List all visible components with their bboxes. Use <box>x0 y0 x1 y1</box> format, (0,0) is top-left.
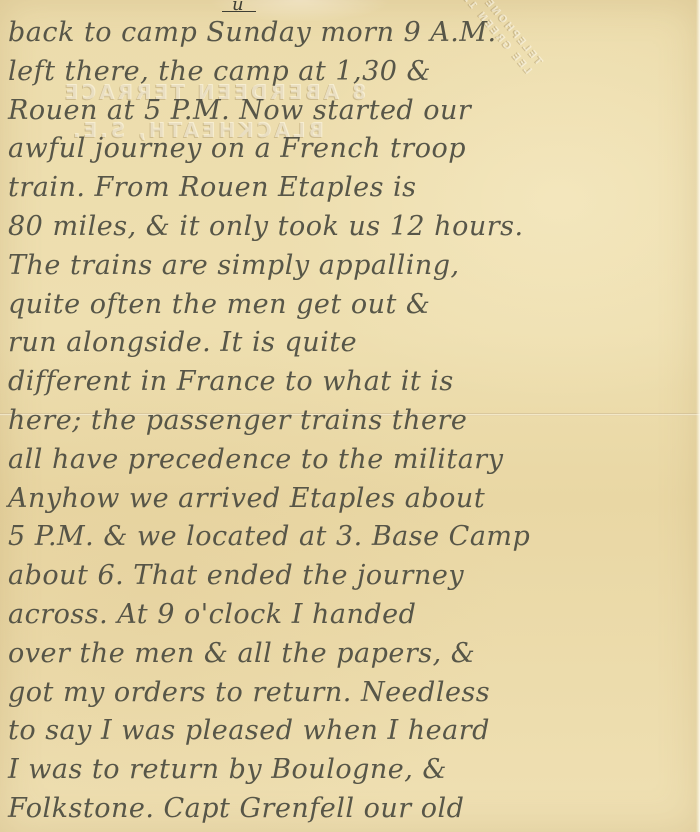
text-line: The trains are simply appalling, <box>8 247 698 286</box>
text-line: different in France to what it is <box>8 363 698 402</box>
text-line: Rouen at 5 P.M. Now started our <box>8 92 698 131</box>
text-line: about 6. That ended the journey <box>8 557 698 596</box>
text-line: I was to return by Boulogne, & <box>8 751 698 790</box>
text-line: train. From Rouen Etaples is <box>8 169 698 208</box>
text-line: left there, the camp at 1,30 & <box>8 53 698 92</box>
text-line: here; the passenger trains there <box>8 402 698 441</box>
text-line: all have precedence to the military <box>8 441 698 480</box>
text-line: Folkstone. Capt Grenfell our old <box>8 790 698 829</box>
text-line: to say I was pleased when I heard <box>8 712 698 751</box>
text-line: quite often the men get out & <box>8 286 698 325</box>
insertion-mark: u <box>232 0 244 15</box>
text-line: awful journey on a French troop <box>8 130 698 169</box>
text-line: got my orders to return. Needless <box>8 674 698 713</box>
text-line: 80 miles, & it only took us 12 hours. <box>8 208 698 247</box>
text-line: 5 P.M. & we located at 3. Base Camp <box>8 518 698 557</box>
handwritten-text: back to camp Sunday morn 9 A.M. left the… <box>8 14 698 829</box>
letter-page: 8 ABERDEEN TERRACE BLACKHEATH, S.E. TELE… <box>0 0 700 832</box>
text-line: over the men & all the papers, & <box>8 635 698 674</box>
text-line: Anyhow we arrived Etaples about <box>8 480 698 519</box>
text-line: across. At 9 o'clock I handed <box>8 596 698 635</box>
text-line: run alongside. It is quite <box>8 324 698 363</box>
text-line: back to camp Sunday morn 9 A.M. <box>8 14 698 53</box>
